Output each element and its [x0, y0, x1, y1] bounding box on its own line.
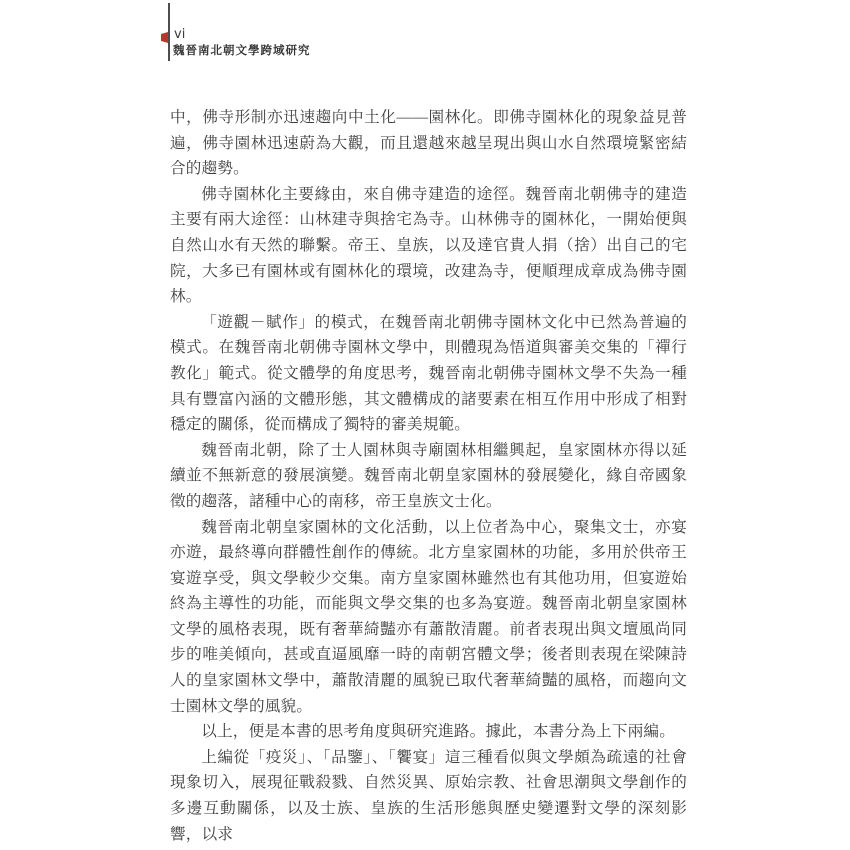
body-text-block: 中，佛寺形制亦迅速趨向中土化——園林化。即佛寺園林化的現象益見普遍，佛寺園林迅速… [170, 105, 687, 847]
book-title: 魏晉南北朝文學跨域研究 [173, 43, 311, 57]
body-paragraph: 以上，便是本書的思考角度與研究進路。據此，本書分為上下兩編。 [170, 719, 687, 745]
body-paragraph: 上編從「疫災」、「品鑒」、「饗宴」這三種看似與文學頗為疏遠的社會現象切入，展現征… [170, 745, 687, 847]
red-bookmark-icon [161, 32, 168, 43]
page-number: vi [174, 27, 185, 42]
header-vertical-rule [168, 3, 170, 61]
book-page: vi 魏晉南北朝文學跨域研究 中，佛寺形制亦迅速趨向中土化——園林化。即佛寺園林… [0, 0, 850, 850]
body-paragraph: 中，佛寺形制亦迅速趨向中土化——園林化。即佛寺園林化的現象益見普遍，佛寺園林迅速… [170, 105, 687, 182]
body-paragraph: 魏晉南北朝皇家園林的文化活動，以上位者為中心，聚集文士，亦宴亦遊，最終導向群體性… [170, 515, 687, 720]
body-paragraph: 佛寺園林化主要緣由，來自佛寺建造的途徑。魏晉南北朝佛寺的建造主要有兩大途徑：山林… [170, 182, 687, 310]
body-paragraph: 「遊觀－賦作」的模式，在魏晉南北朝佛寺園林文化中已然為普遍的模式。在魏晉南北朝佛… [170, 310, 687, 438]
body-paragraph: 魏晉南北朝，除了士人園林與寺廟園林相繼興起，皇家園林亦得以延續並不無新意的發展演… [170, 438, 687, 515]
